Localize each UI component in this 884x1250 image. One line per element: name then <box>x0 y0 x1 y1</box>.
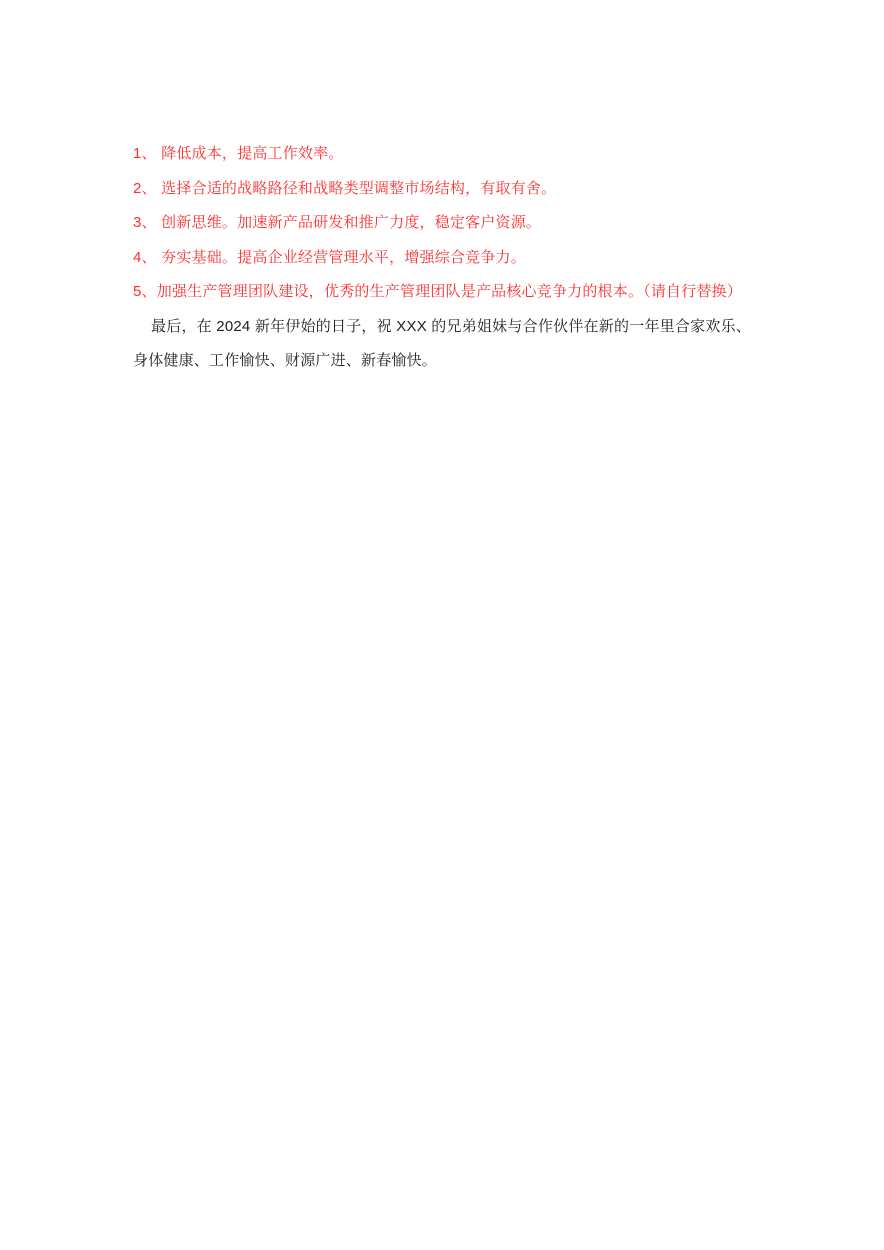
list-item-text: 加强生产管理团队建设，优秀的生产管理团队是产品核心竞争力的根本。（请自行替换） <box>157 283 742 300</box>
list-item-number: 2、 <box>133 180 161 197</box>
numbered-list: 1、 降低成本，提高工作效率。 2、 选择合适的战略路径和战略类型调整市场结构，… <box>133 137 751 310</box>
list-item: 2、 选择合适的战略路径和战略类型调整市场结构，有取有舍。 <box>133 172 751 207</box>
list-item: 3、 创新思维。加速新产品研发和推广力度，稳定客户资源。 <box>133 206 751 241</box>
list-item-number: 5、 <box>133 283 157 300</box>
closing-paragraph: 最后，在 2024 新年伊始的日子，祝 XXX 的兄弟姐妹与合作伙伴在新的一年里… <box>133 310 751 379</box>
list-item: 5、加强生产管理团队建设，优秀的生产管理团队是产品核心竞争力的根本。（请自行替换… <box>133 275 751 310</box>
list-item: 1、 降低成本，提高工作效率。 <box>133 137 751 172</box>
list-item-text: 降低成本，提高工作效率。 <box>161 145 343 162</box>
list-item-text: 夯实基础。提高企业经营管理水平，增强综合竞争力。 <box>161 249 526 266</box>
list-item: 4、 夯实基础。提高企业经营管理水平，增强综合竞争力。 <box>133 241 751 276</box>
list-item-number: 3、 <box>133 214 161 231</box>
list-item-text: 选择合适的战略路径和战略类型调整市场结构，有取有舍。 <box>161 180 556 197</box>
document-content: 1、 降低成本，提高工作效率。 2、 选择合适的战略路径和战略类型调整市场结构，… <box>133 137 751 379</box>
list-item-number: 4、 <box>133 249 161 266</box>
document-page: 1、 降低成本，提高工作效率。 2、 选择合适的战略路径和战略类型调整市场结构，… <box>0 0 884 1250</box>
list-item-number: 1、 <box>133 145 161 162</box>
list-item-text: 创新思维。加速新产品研发和推广力度，稳定客户资源。 <box>161 214 541 231</box>
